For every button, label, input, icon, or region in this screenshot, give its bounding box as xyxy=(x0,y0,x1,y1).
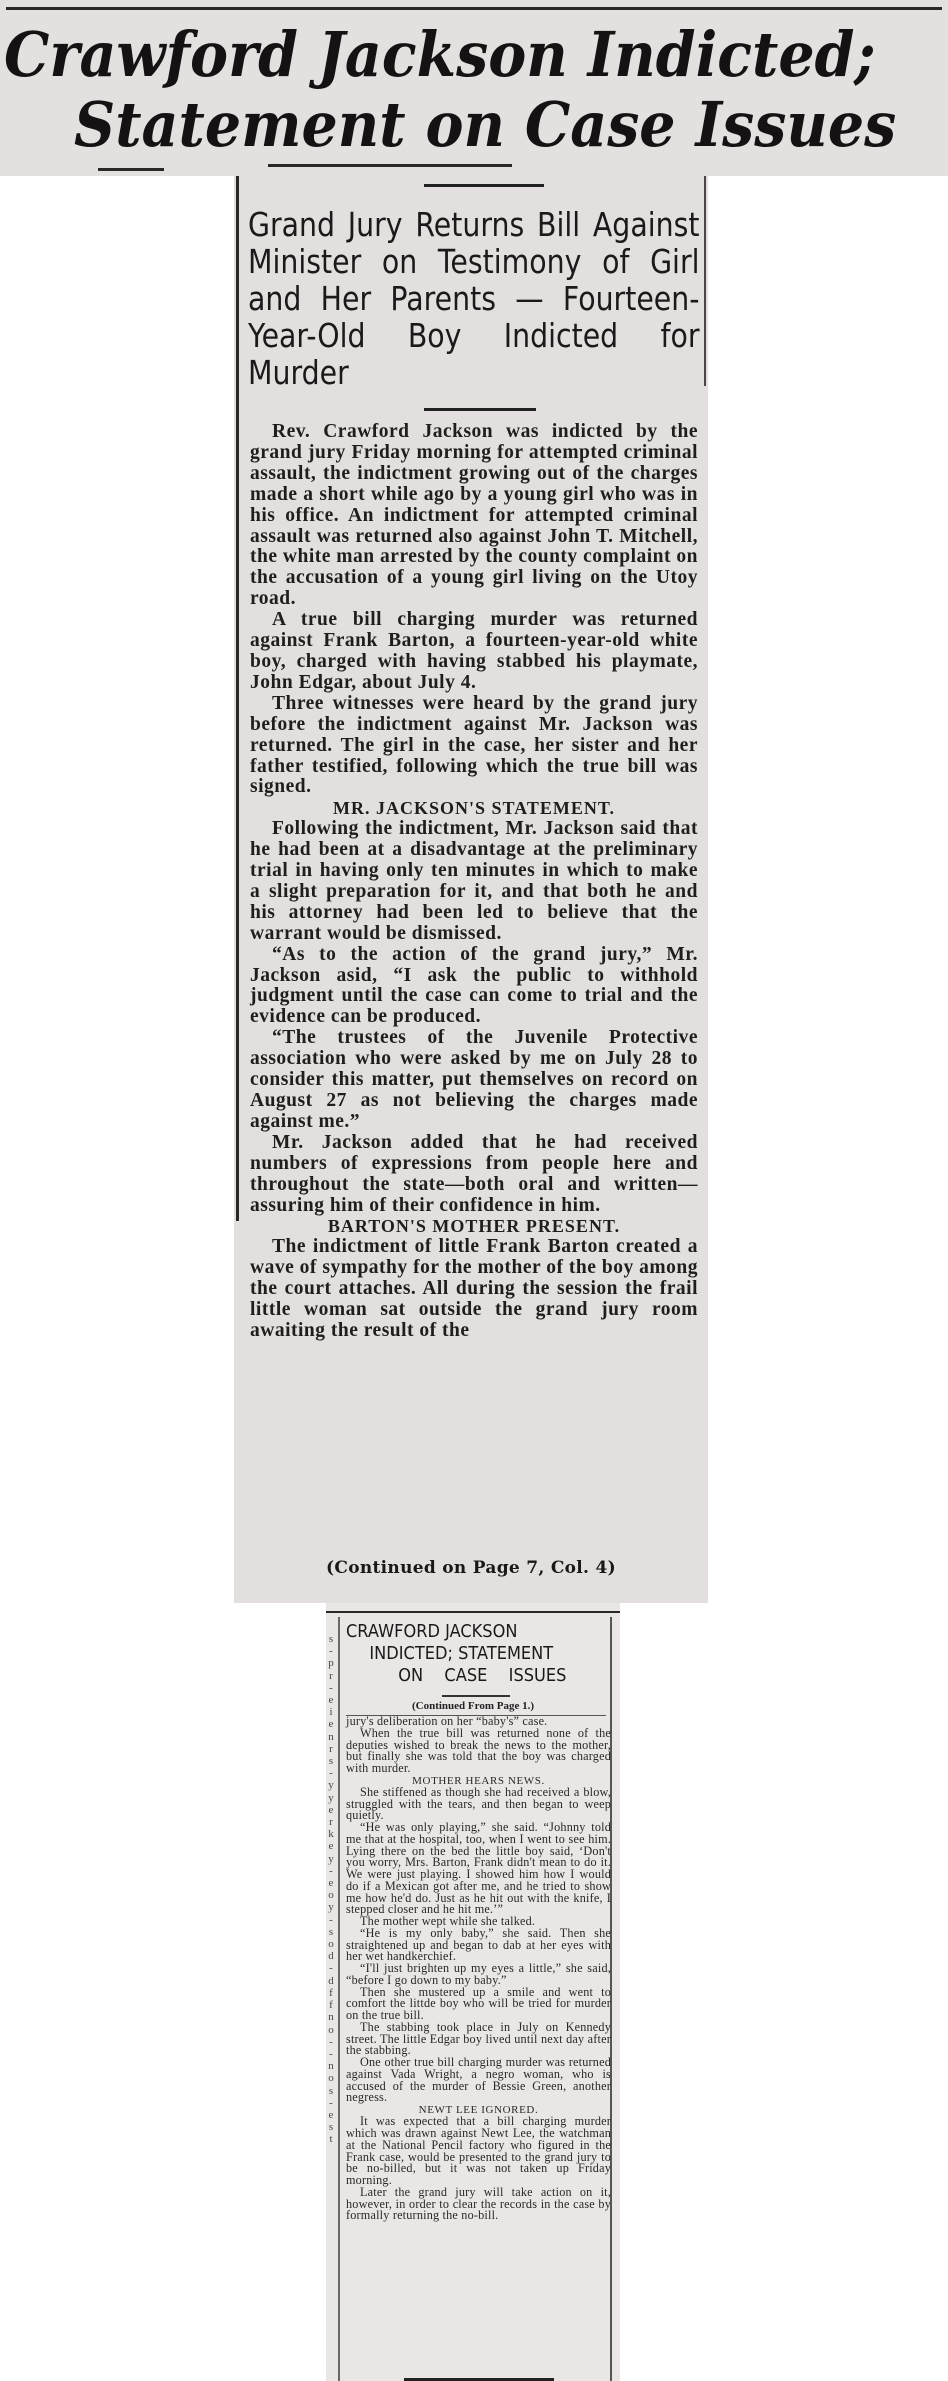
paragraph: Then she mustered up a smile and went to… xyxy=(346,1987,611,2022)
paragraph: Three witnesses were heard by the grand … xyxy=(250,694,698,799)
top-rule xyxy=(326,1611,620,1613)
paragraph: Following the indictment, Mr. Jackson sa… xyxy=(250,819,698,944)
top-rule xyxy=(6,7,942,10)
continued-note: (Continued on Page 7, Col. 4) xyxy=(234,1558,708,1578)
paragraph: A true bill charging murder was returned… xyxy=(250,610,698,694)
paragraph: Later the grand jury will take action on… xyxy=(346,2187,611,2222)
divider-rule xyxy=(442,1695,510,1697)
headline-line-2: INDICTED; STATEMENT xyxy=(346,1643,582,1665)
paragraph: She stiffened as though she had received… xyxy=(346,1787,611,1822)
article-body: Rev. Crawford Jackson was indicted by th… xyxy=(250,422,698,1342)
deck-rule xyxy=(424,408,536,411)
headline-line-1: Crawford Jackson Indicted; xyxy=(4,18,876,91)
paragraph: The stabbing took place in July on Kenne… xyxy=(346,2022,611,2057)
paragraph: Mr. Jackson added that he had received n… xyxy=(250,1133,698,1217)
main-article-column: Grand Jury Returns Bill Against Minister… xyxy=(234,176,708,1603)
headline-line-2: Statement on Case Issues xyxy=(74,88,896,161)
paragraph: The indictment of little Frank Barton cr… xyxy=(250,1237,698,1342)
continued-from-note: (Continued From Page 1.) xyxy=(326,1700,620,1712)
paragraph: “He was only playing,” she said. “Johnny… xyxy=(346,1822,611,1916)
paragraph: When the true bill was returned none of … xyxy=(346,1728,611,1775)
paragraph: Rev. Crawford Jackson was indicted by th… xyxy=(250,422,698,610)
subheading: BARTON'S MOTHER PRESENT. xyxy=(250,1216,698,1237)
paragraph: “I'll just brighten up my eyes a little,… xyxy=(346,1963,611,1987)
column-rule xyxy=(704,176,706,386)
paragraph: “As to the action of the grand jury,” Mr… xyxy=(250,945,698,1029)
continuation-body: jury's deliberation on her “baby's” case… xyxy=(346,1716,611,2222)
subheading: MR. JACKSON'S STATEMENT. xyxy=(250,798,698,819)
continuation-clipping: s - p r - e i e n r s - y y e r k e y - … xyxy=(326,1603,620,2381)
paragraph: “He is my only baby,” she said. Then she… xyxy=(346,1928,611,1963)
continuation-headline: CRAWFORD JACKSON INDICTED; STATEMENT ON … xyxy=(346,1621,608,1687)
deck-headline: Grand Jury Returns Bill Against Minister… xyxy=(248,206,700,391)
headline-line-3: ON CASE ISSUES xyxy=(346,1665,582,1687)
column-rule xyxy=(338,1617,340,2381)
paragraph: It was expected that a bill charging mur… xyxy=(346,2116,611,2187)
headline-banner: Crawford Jackson Indicted; Statement on … xyxy=(0,0,948,176)
headline-line-1: CRAWFORD JACKSON xyxy=(346,1621,582,1643)
divider-rule xyxy=(98,168,164,171)
paragraph: One other true bill charging murder was … xyxy=(346,2057,611,2104)
deck-rule xyxy=(424,184,544,187)
paragraph: “The trustees of the Juvenile Protective… xyxy=(250,1028,698,1133)
column-rule xyxy=(236,176,239,1221)
divider-rule xyxy=(268,164,512,167)
